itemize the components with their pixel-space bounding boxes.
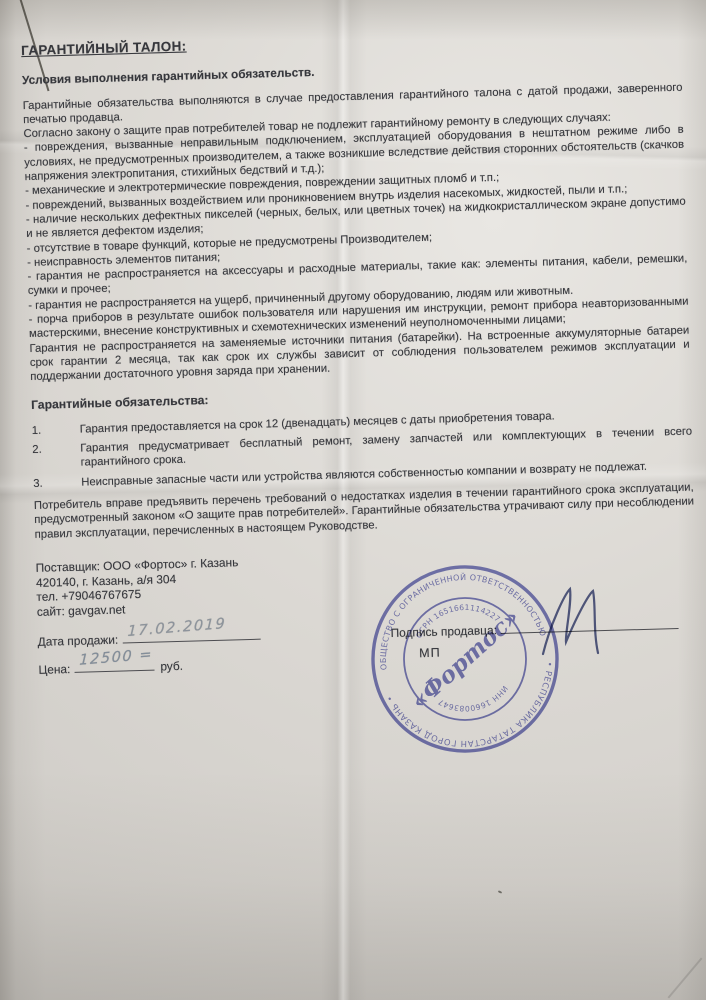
price-label: Цена:	[38, 662, 70, 677]
sale-date-line: 17.02.2019	[122, 626, 260, 644]
warranty-card-photo: ГАРАНТИЙНЫЙ ТАЛОН: Условия выполнения га…	[0, 0, 706, 1000]
sale-date-value: 17.02.2019	[127, 617, 226, 639]
consumer-rights-note: Потребитель вправе предъявить перечень т…	[34, 481, 695, 542]
obligations-list: 1. Гарантия предоставляется на срок 12 (…	[32, 405, 694, 491]
obligation-number: 1.	[32, 422, 80, 438]
sale-date-field: Дата продажи:17.02.2019	[37, 626, 260, 650]
sale-date-label: Дата продажи:	[38, 633, 119, 649]
price-value: 12500 =	[79, 648, 153, 668]
obligation-number: 3.	[33, 475, 81, 491]
obligations-heading: Гарантийные обязательства:	[31, 379, 691, 412]
stamp-center-text: «Фортос»	[406, 604, 525, 715]
obligation-number: 2.	[32, 442, 81, 472]
price-field: Цена:12500 =руб.	[38, 656, 183, 677]
conditions-block: Гарантийные обязательства выполняются в …	[23, 80, 691, 384]
price-currency: руб.	[160, 659, 183, 674]
price-line: 12500 =	[74, 657, 154, 673]
seller-signature-scribble	[535, 580, 635, 665]
